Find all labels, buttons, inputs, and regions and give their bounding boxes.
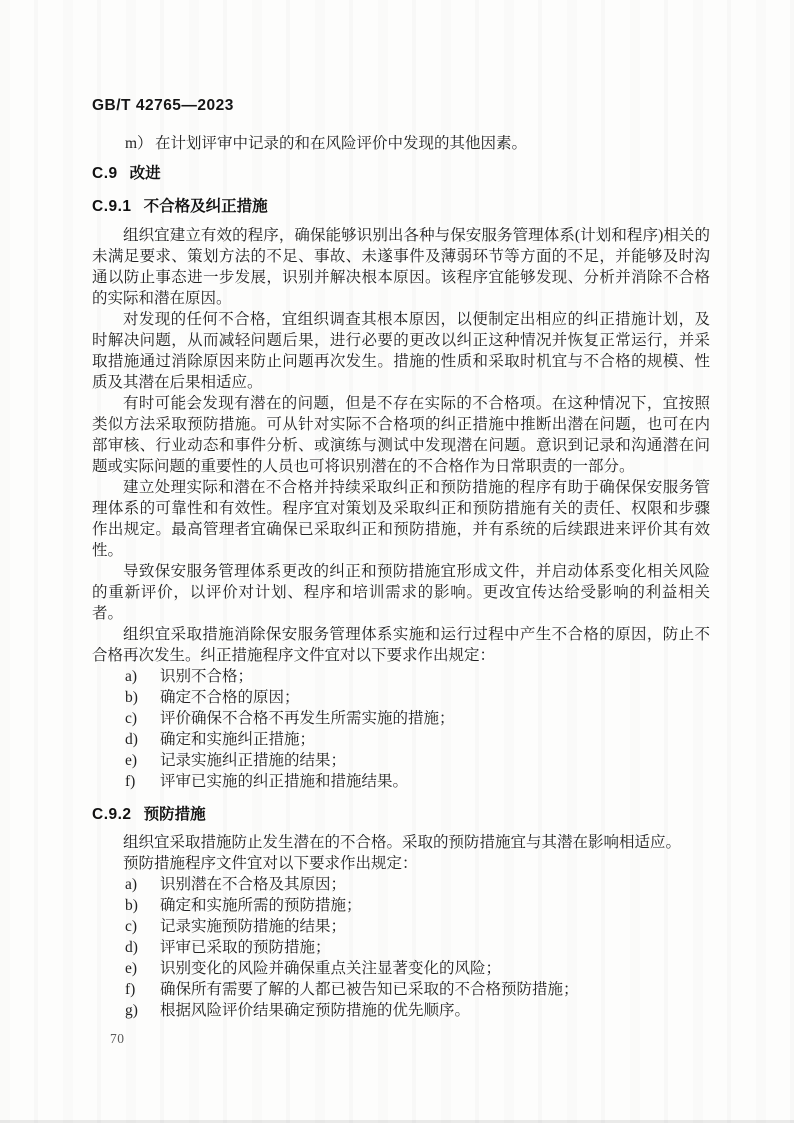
- list-item-text: 在计划评审中记录的和在风险评价中发现的其他因素。: [155, 133, 527, 154]
- section-title: 改进: [130, 165, 161, 182]
- list-item: b) 确定和实施所需的预防措施；: [92, 895, 710, 916]
- list-item-label: a): [125, 874, 160, 895]
- list-item-text: 确定不合格的原因；: [160, 687, 710, 708]
- paragraph: 建立处理实际和潜在不合格并持续采取纠正和预防措施的程序有助于确保保安服务管理体系…: [92, 477, 710, 561]
- list-item: e) 识别变化的风险并确保重点关注显著变化的风险；: [92, 958, 710, 979]
- paragraph: 导致保安服务管理体系更改的纠正和预防措施宜形成文件，并启动体系变化相关风险的重新…: [92, 561, 710, 624]
- list-item-label: f): [125, 979, 160, 1000]
- section-title: 不合格及纠正措施: [144, 198, 268, 215]
- list-item-text: 识别不合格；: [160, 666, 710, 687]
- list-item: e) 记录实施纠正措施的结果；: [92, 750, 710, 771]
- list-item-text: 识别潜在不合格及其原因；: [160, 874, 710, 895]
- list-item-text: 确保所有需要了解的人都已被告知已采取的不合格预防措施；: [160, 979, 710, 1000]
- section-heading-c9: C.9改进: [92, 163, 710, 184]
- list-item-label: c): [125, 708, 160, 729]
- list-item: c) 记录实施预防措施的结果；: [92, 916, 710, 937]
- list-item-text: 记录实施纠正措施的结果；: [160, 750, 710, 771]
- document-page: GB/T 42765—2023 m） 在计划评审中记录的和在风险评价中发现的其他…: [0, 0, 794, 1123]
- section-number: C.9.1: [92, 198, 132, 215]
- list-item-m: m） 在计划评审中记录的和在风险评价中发现的其他因素。: [92, 133, 710, 154]
- list-item-label: m）: [125, 133, 155, 154]
- list-item-label: d): [125, 937, 160, 958]
- paragraph: 组织宜建立有效的程序，确保能够识别出各种与保安服务管理体系(计划和程序)相关的未…: [92, 225, 710, 309]
- list-item-label: b): [125, 687, 160, 708]
- page-content: GB/T 42765—2023 m） 在计划评审中记录的和在风险评价中发现的其他…: [0, 0, 794, 1021]
- section-heading-c91: C.9.1不合格及纠正措施: [92, 196, 710, 217]
- list-item: f) 确保所有需要了解的人都已被告知已采取的不合格预防措施；: [92, 979, 710, 1000]
- list-item-label: d): [125, 729, 160, 750]
- list-item: c) 评价确保不合格不再发生所需实施的措施；: [92, 708, 710, 729]
- page-number: 70: [110, 1031, 125, 1047]
- list-item-label: f): [125, 771, 160, 792]
- section-c91-body: 组织宜建立有效的程序，确保能够识别出各种与保安服务管理体系(计划和程序)相关的未…: [92, 225, 710, 792]
- list-item: d) 评审已采取的预防措施；: [92, 937, 710, 958]
- paragraph: 有时可能会发现有潜在的问题，但是不存在实际的不合格项。在这种情况下，宜按照类似方…: [92, 393, 710, 477]
- list-item: a) 识别潜在不合格及其原因；: [92, 874, 710, 895]
- section-number: C.9.2: [92, 806, 132, 823]
- list-item-text: 根据风险评价结果确定预防措施的优先顺序。: [160, 1000, 710, 1021]
- list-item: g) 根据风险评价结果确定预防措施的优先顺序。: [92, 1000, 710, 1021]
- section-number: C.9: [92, 165, 118, 182]
- list-item-text: 评审已采取的预防措施；: [160, 937, 710, 958]
- list-item: d) 确定和实施纠正措施；: [92, 729, 710, 750]
- list-item-label: g): [125, 1000, 160, 1021]
- list-item-text: 评价确保不合格不再发生所需实施的措施；: [160, 708, 710, 729]
- section-heading-c92: C.9.2预防措施: [92, 804, 710, 825]
- paragraph: 预防措施程序文件宜对以下要求作出规定：: [92, 853, 710, 874]
- list-item-label: c): [125, 916, 160, 937]
- list-item: f) 评审已实施的纠正措施和措施结果。: [92, 771, 710, 792]
- running-head: GB/T 42765—2023: [92, 95, 710, 116]
- list-item: a) 识别不合格；: [92, 666, 710, 687]
- list-item: b) 确定不合格的原因；: [92, 687, 710, 708]
- list-item-label: b): [125, 895, 160, 916]
- list-item-label: a): [125, 666, 160, 687]
- paragraph: 组织宜采取措施消除保安服务管理体系实施和运行过程中产生不合格的原因，防止不合格再…: [92, 624, 710, 666]
- section-title: 预防措施: [144, 806, 206, 823]
- list-item-text: 记录实施预防措施的结果；: [160, 916, 710, 937]
- list-item-text: 评审已实施的纠正措施和措施结果。: [160, 771, 710, 792]
- paragraph: 组织宜采取措施防止发生潜在的不合格。采取的预防措施宜与其潜在影响相适应。: [92, 832, 710, 853]
- paragraph: 对发现的任何不合格，宜组织调查其根本原因，以便制定出相应的纠正措施计划，及时解决…: [92, 309, 710, 393]
- list-item-label: e): [125, 958, 160, 979]
- list-item-text: 确定和实施所需的预防措施；: [160, 895, 710, 916]
- list-item-text: 确定和实施纠正措施；: [160, 729, 710, 750]
- list-item-text: 识别变化的风险并确保重点关注显著变化的风险；: [160, 958, 710, 979]
- section-c92-body: 组织宜采取措施防止发生潜在的不合格。采取的预防措施宜与其潜在影响相适应。 预防措…: [92, 832, 710, 1021]
- list-item-label: e): [125, 750, 160, 771]
